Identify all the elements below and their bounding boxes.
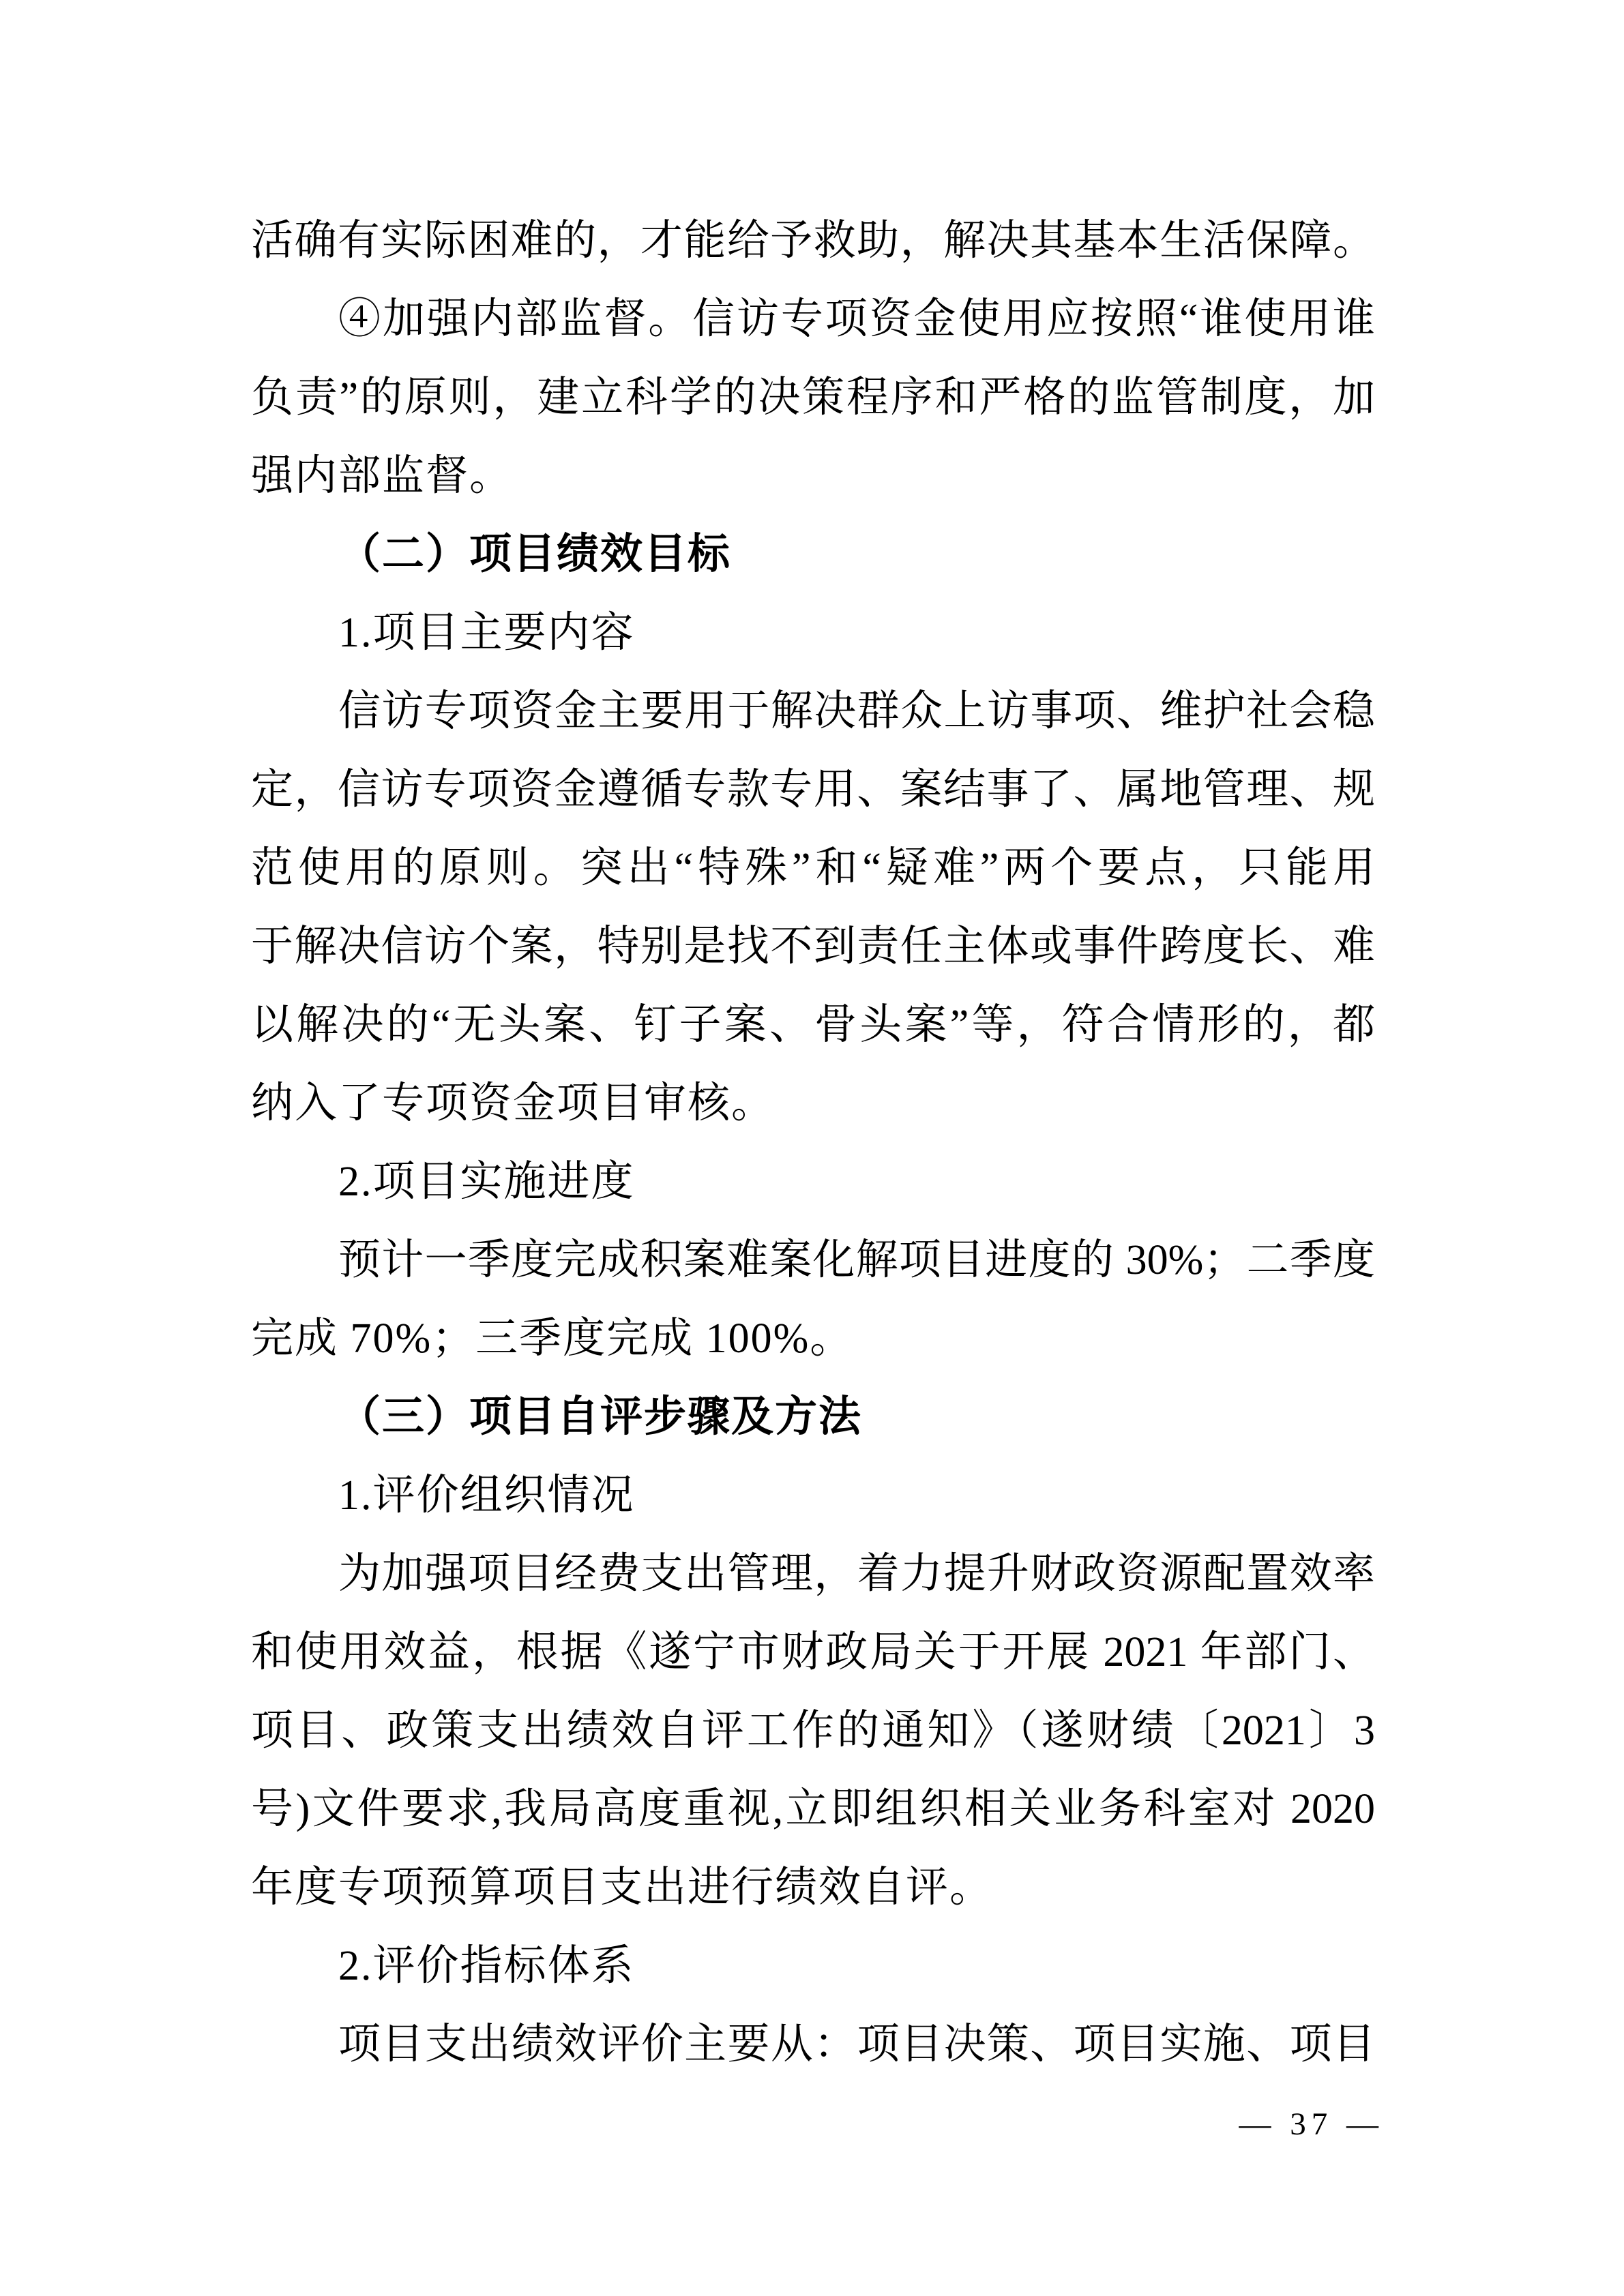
- document-line: ④加强内部监督。信访专项资金使用应按照“谁使用谁: [251, 280, 1375, 359]
- subsection-heading: 2.项目实施进度: [251, 1143, 1375, 1221]
- document-line: 完成 70%；三季度完成 100%。: [251, 1300, 1375, 1378]
- document-line: 年度专项预算项目支出进行绩效自评。: [251, 1849, 1375, 1927]
- document-line: 项目、政策支出绩效自评工作的通知》（遂财绩〔2021〕3: [251, 1692, 1375, 1770]
- subsection-heading: 1.项目主要内容: [251, 594, 1375, 672]
- document-line: 信访专项资金主要用于解决群众上访事项、维护社会稳: [251, 672, 1375, 751]
- document-line: 活确有实际困难的，才能给予救助，解决其基本生活保障。: [251, 202, 1375, 280]
- subsection-heading: 2.评价指标体系: [251, 1927, 1375, 2006]
- document-line: 预计一季度完成积案难案化解项目进度的 30%；二季度: [251, 1221, 1375, 1300]
- subsection-heading: 1.评价组织情况: [251, 1457, 1375, 1535]
- section-heading: （二）项目绩效目标: [251, 516, 1375, 594]
- document-body: 活确有实际困难的，才能给予救助，解决其基本生活保障。 ④加强内部监督。信访专项资…: [251, 202, 1375, 2084]
- document-line: 以解决的“无头案、钉子案、骨头案”等，符合情形的，都: [251, 986, 1375, 1064]
- document-line: 强内部监督。: [251, 437, 1375, 516]
- document-line: 号)文件要求,我局高度重视,立即组织相关业务科室对 2020: [251, 1770, 1375, 1849]
- section-heading: （三）项目自评步骤及方法: [251, 1378, 1375, 1457]
- document-line: 为加强项目经费支出管理，着力提升财政资源配置效率: [251, 1535, 1375, 1613]
- document-line: 和使用效益，根据《遂宁市财政局关于开展 2021 年部门、: [251, 1613, 1375, 1692]
- page-number: — 37 —: [1239, 2106, 1385, 2143]
- document-line: 纳入了专项资金项目审核。: [251, 1064, 1375, 1143]
- document-line: 项目支出绩效评价主要从：项目决策、项目实施、项目: [251, 2006, 1375, 2084]
- document-line: 负责”的原则，建立科学的决策程序和严格的监管制度，加: [251, 359, 1375, 437]
- document-page: 活确有实际困难的，才能给予救助，解决其基本生活保障。 ④加强内部监督。信访专项资…: [0, 0, 1624, 2296]
- document-line: 于解决信访个案，特别是找不到责任主体或事件跨度长、难: [251, 908, 1375, 986]
- document-line: 范使用的原则。突出“特殊”和“疑难”两个要点，只能用: [251, 829, 1375, 908]
- document-line: 定，信访专项资金遵循专款专用、案结事了、属地管理、规: [251, 751, 1375, 829]
